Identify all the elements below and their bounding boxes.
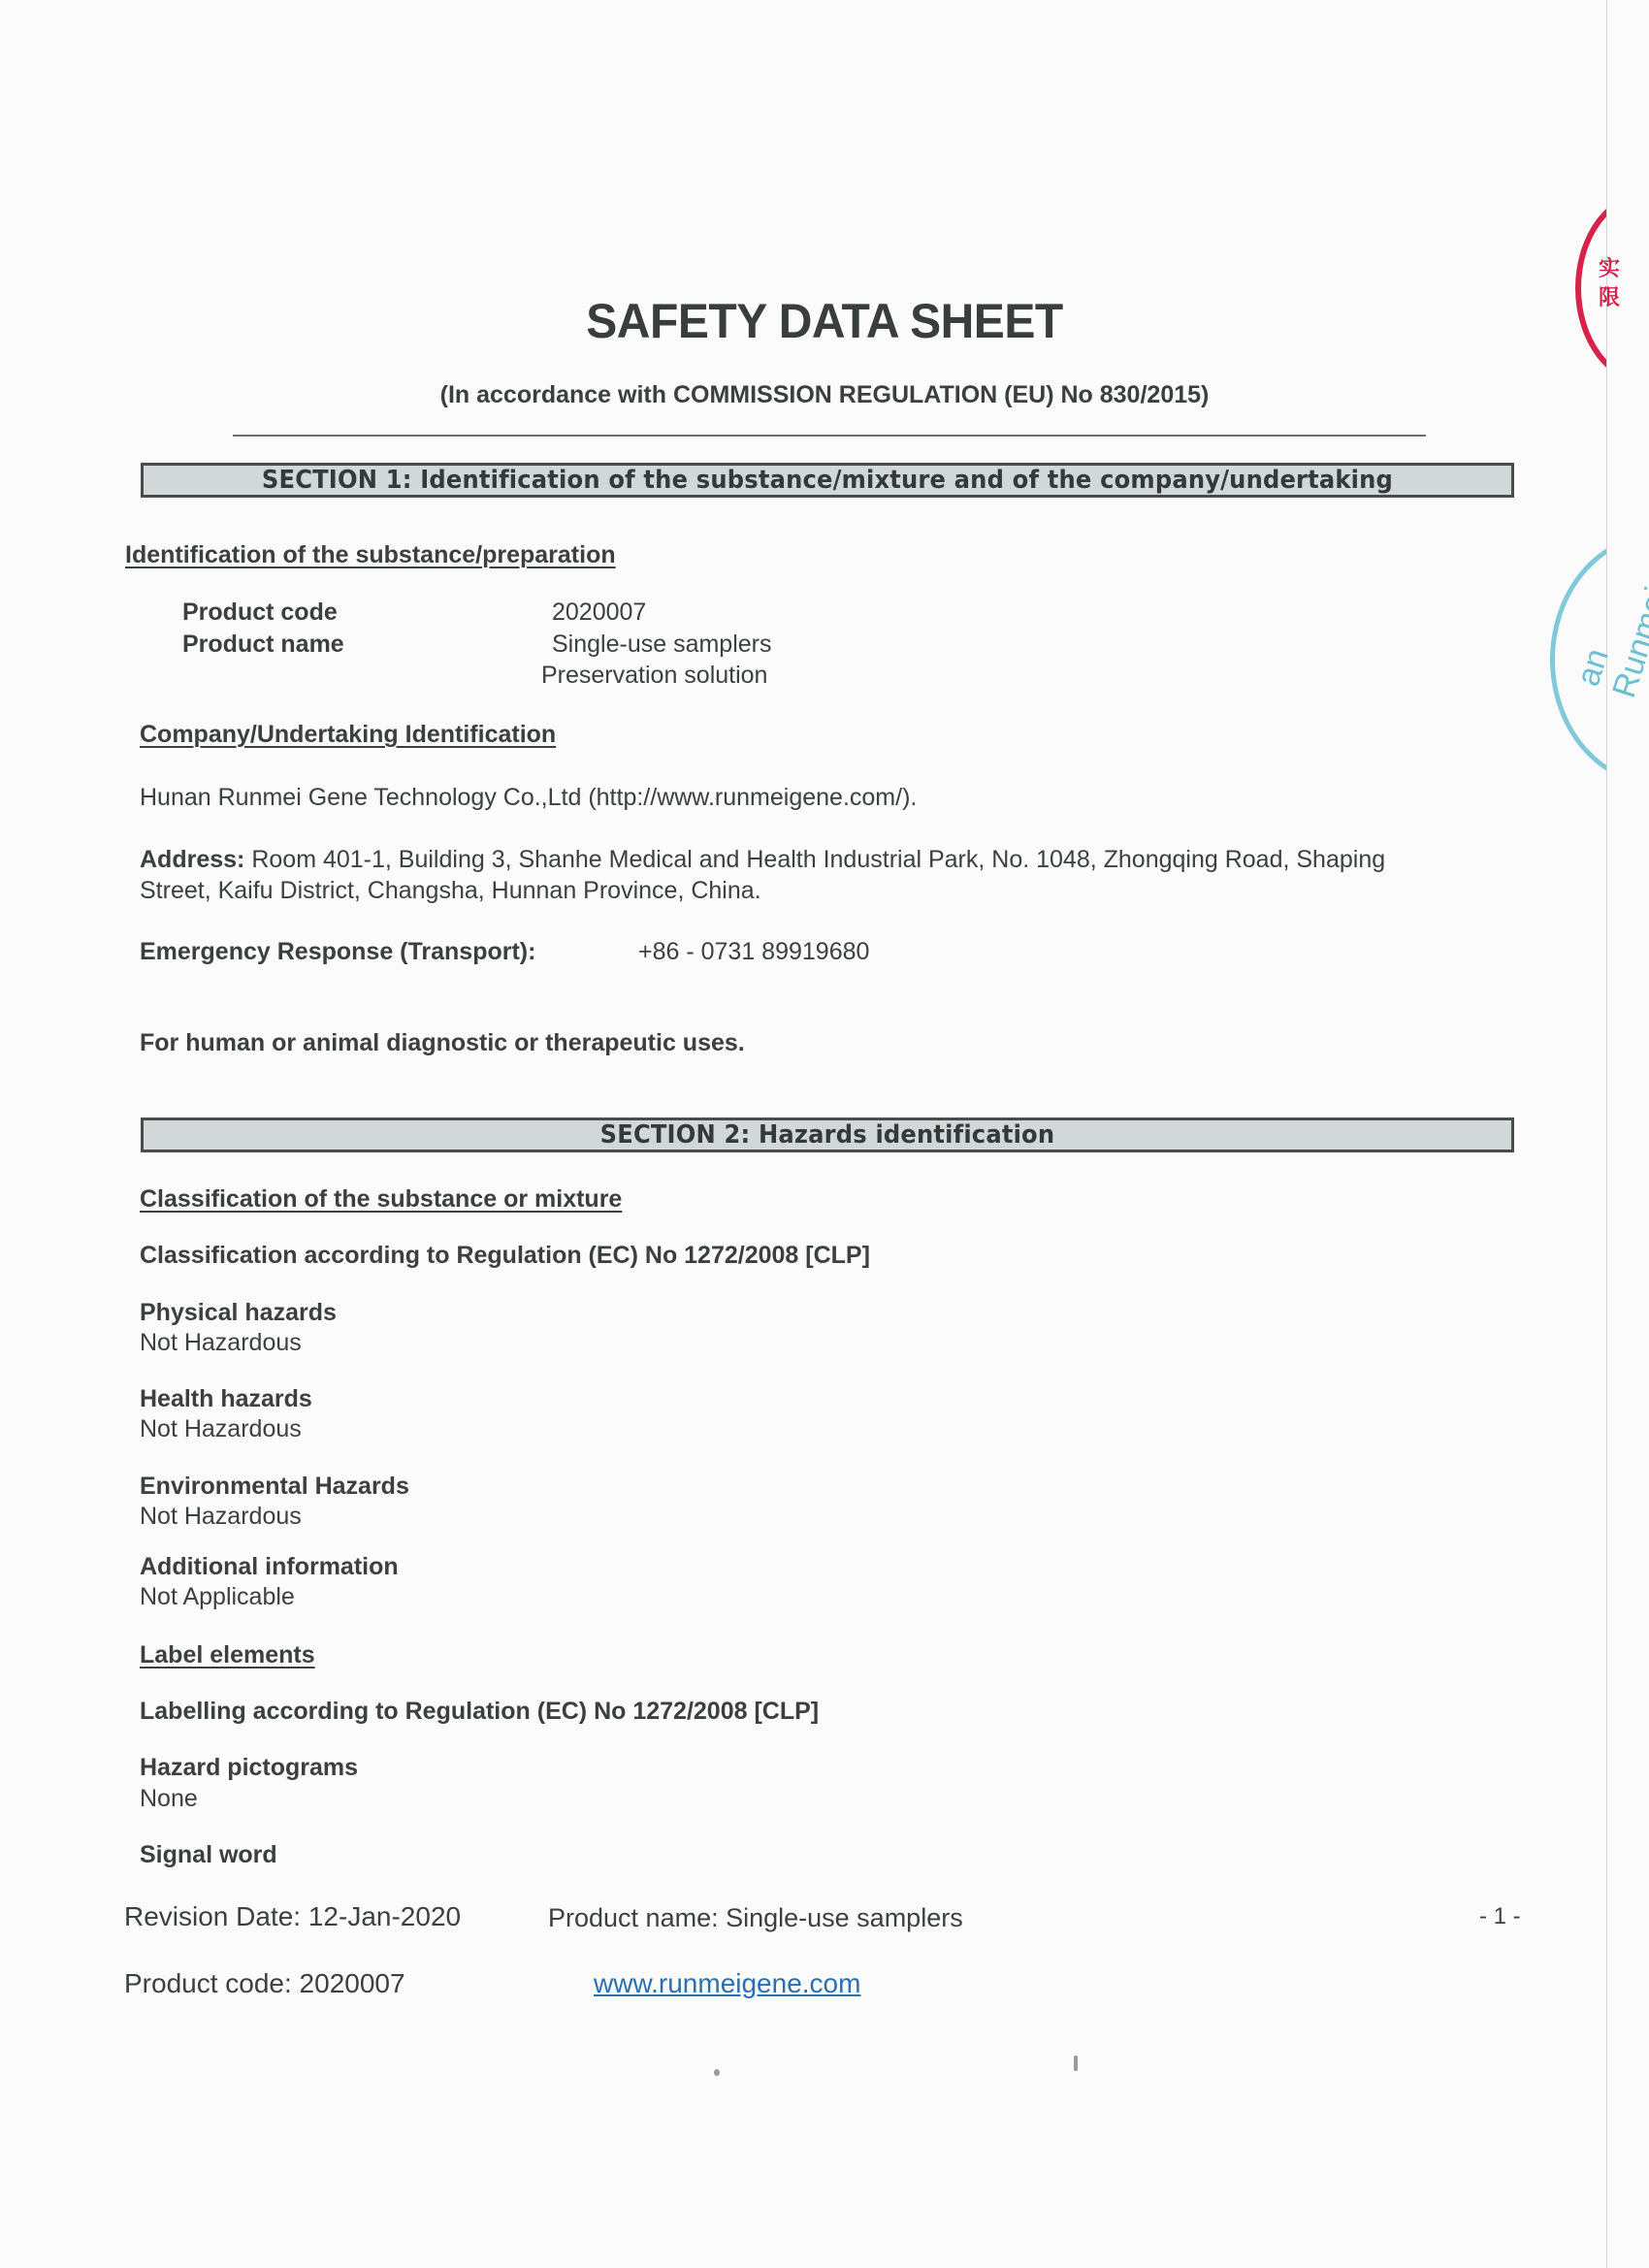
- label-elements-heading: Label elements: [140, 1641, 315, 1669]
- pictograms-value: None: [140, 1785, 198, 1813]
- address-label: Address:: [140, 846, 244, 873]
- address-text: Room 401-1, Building 3, Shanhe Medical a…: [251, 846, 1385, 873]
- section-1-header: SECTION 1: Identification of the substan…: [141, 463, 1514, 498]
- hazard-value-additional: Not Applicable: [140, 1583, 295, 1611]
- address-line-2: Street, Kaifu District, Changsha, Hunnan…: [140, 877, 761, 905]
- product-name-value: Single-use samplers: [552, 631, 772, 659]
- footer-page-number: - 1 -: [1479, 1903, 1521, 1930]
- document-subtitle: (In accordance with COMMISSION REGULATIO…: [0, 381, 1649, 409]
- hazard-label-physical: Physical hazards: [140, 1299, 337, 1327]
- company-heading: Company/Undertaking Identification: [140, 721, 556, 749]
- use-statement: For human or animal diagnostic or therap…: [140, 1029, 745, 1057]
- address-line-1: Address: Room 401-1, Building 3, Shanhe …: [140, 846, 1385, 874]
- footer-product-code: Product code: 2020007: [124, 1968, 405, 1999]
- hazard-label-health: Health hazards: [140, 1385, 312, 1413]
- document-title: SAFETY DATA SHEET: [33, 293, 1616, 349]
- product-name-label: Product name: [182, 631, 344, 659]
- identification-heading: Identification of the substance/preparat…: [125, 541, 616, 569]
- section-2-header: SECTION 2: Hazards identification: [141, 1118, 1514, 1152]
- footer-website-link[interactable]: www.runmeigene.com: [594, 1968, 860, 1999]
- signal-word-label: Signal word: [140, 1841, 277, 1869]
- pictograms-label: Hazard pictograms: [140, 1754, 358, 1782]
- classification-heading: Classification of the substance or mixtu…: [140, 1185, 622, 1214]
- emergency-phone: +86 - 0731 89919680: [638, 938, 869, 966]
- scan-speck: [1074, 2056, 1078, 2071]
- hazard-label-environmental: Environmental Hazards: [140, 1473, 409, 1501]
- hazard-value-physical: Not Hazardous: [140, 1329, 302, 1357]
- emergency-label: Emergency Response (Transport):: [140, 938, 535, 966]
- hazard-label-additional: Additional information: [140, 1553, 399, 1581]
- footer-revision-date: Revision Date: 12-Jan-2020: [124, 1901, 461, 1932]
- product-code-value: 2020007: [552, 599, 646, 627]
- classification-regulation: Classification according to Regulation (…: [140, 1242, 870, 1270]
- product-code-label: Product code: [182, 599, 338, 627]
- hazard-value-health: Not Hazardous: [140, 1415, 302, 1443]
- footer-product-name: Product name: Single-use samplers: [548, 1903, 963, 1933]
- labelling-regulation: Labelling according to Regulation (EC) N…: [140, 1698, 819, 1726]
- red-seal-text: 实限: [1599, 254, 1620, 312]
- product-name-value-line2: Preservation solution: [541, 662, 767, 690]
- hazard-value-environmental: Not Hazardous: [140, 1503, 302, 1531]
- company-line: Hunan Runmei Gene Technology Co.,Ltd (ht…: [140, 784, 917, 812]
- scan-speck: [714, 2069, 720, 2076]
- title-divider: [233, 435, 1426, 437]
